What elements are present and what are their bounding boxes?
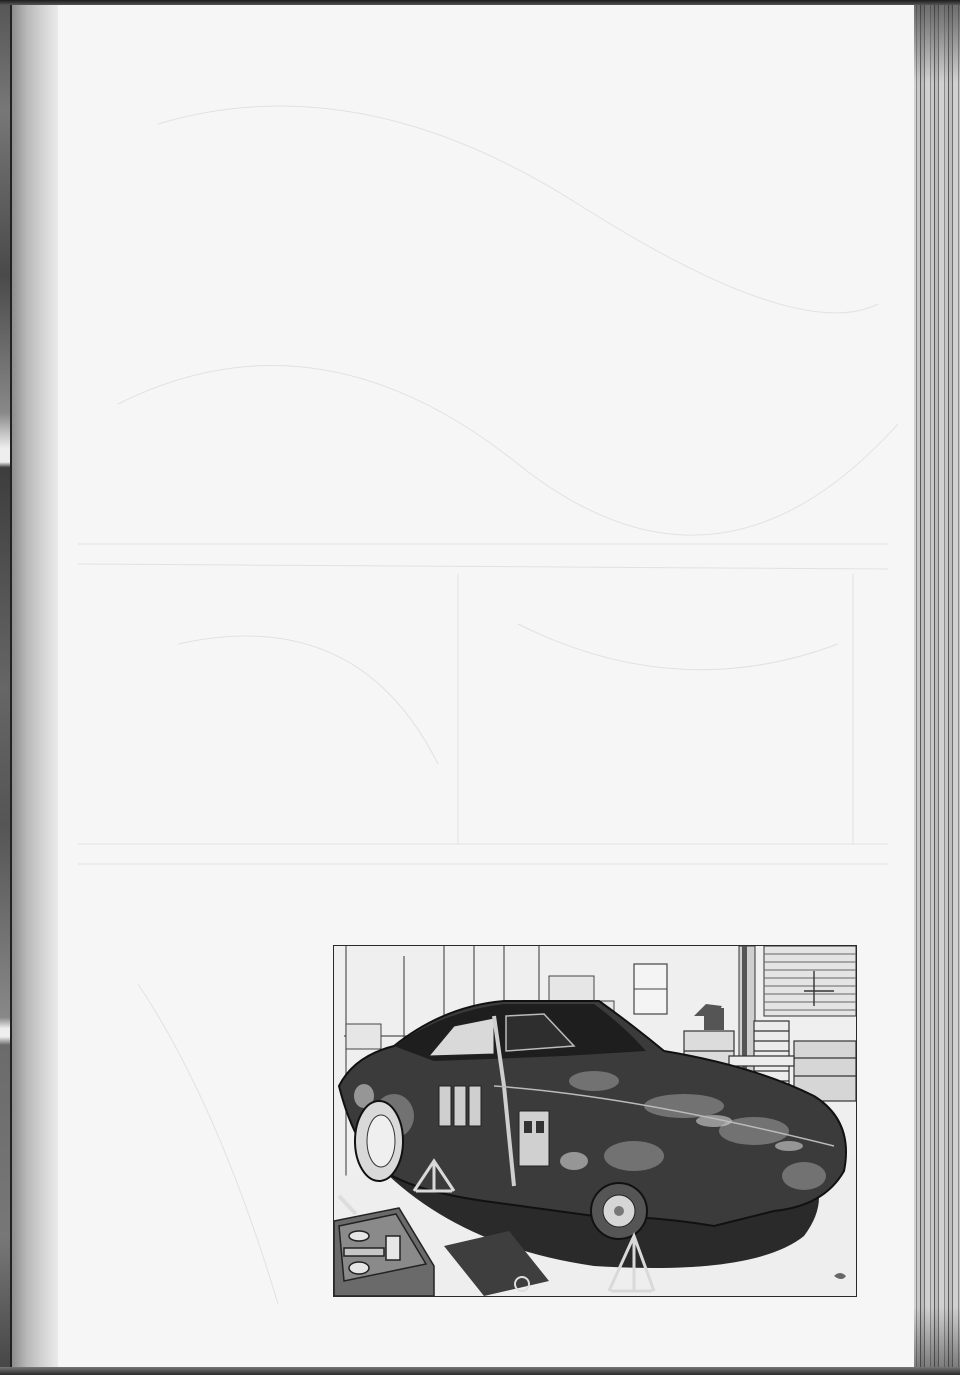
book-page-edges xyxy=(914,0,960,1375)
scan-bottom-edge xyxy=(0,1367,960,1375)
scanned-book-spread xyxy=(0,0,960,1375)
garage-car-illustration xyxy=(334,946,856,1296)
scan-top-edge xyxy=(0,0,960,5)
illustration-panel xyxy=(333,945,857,1297)
